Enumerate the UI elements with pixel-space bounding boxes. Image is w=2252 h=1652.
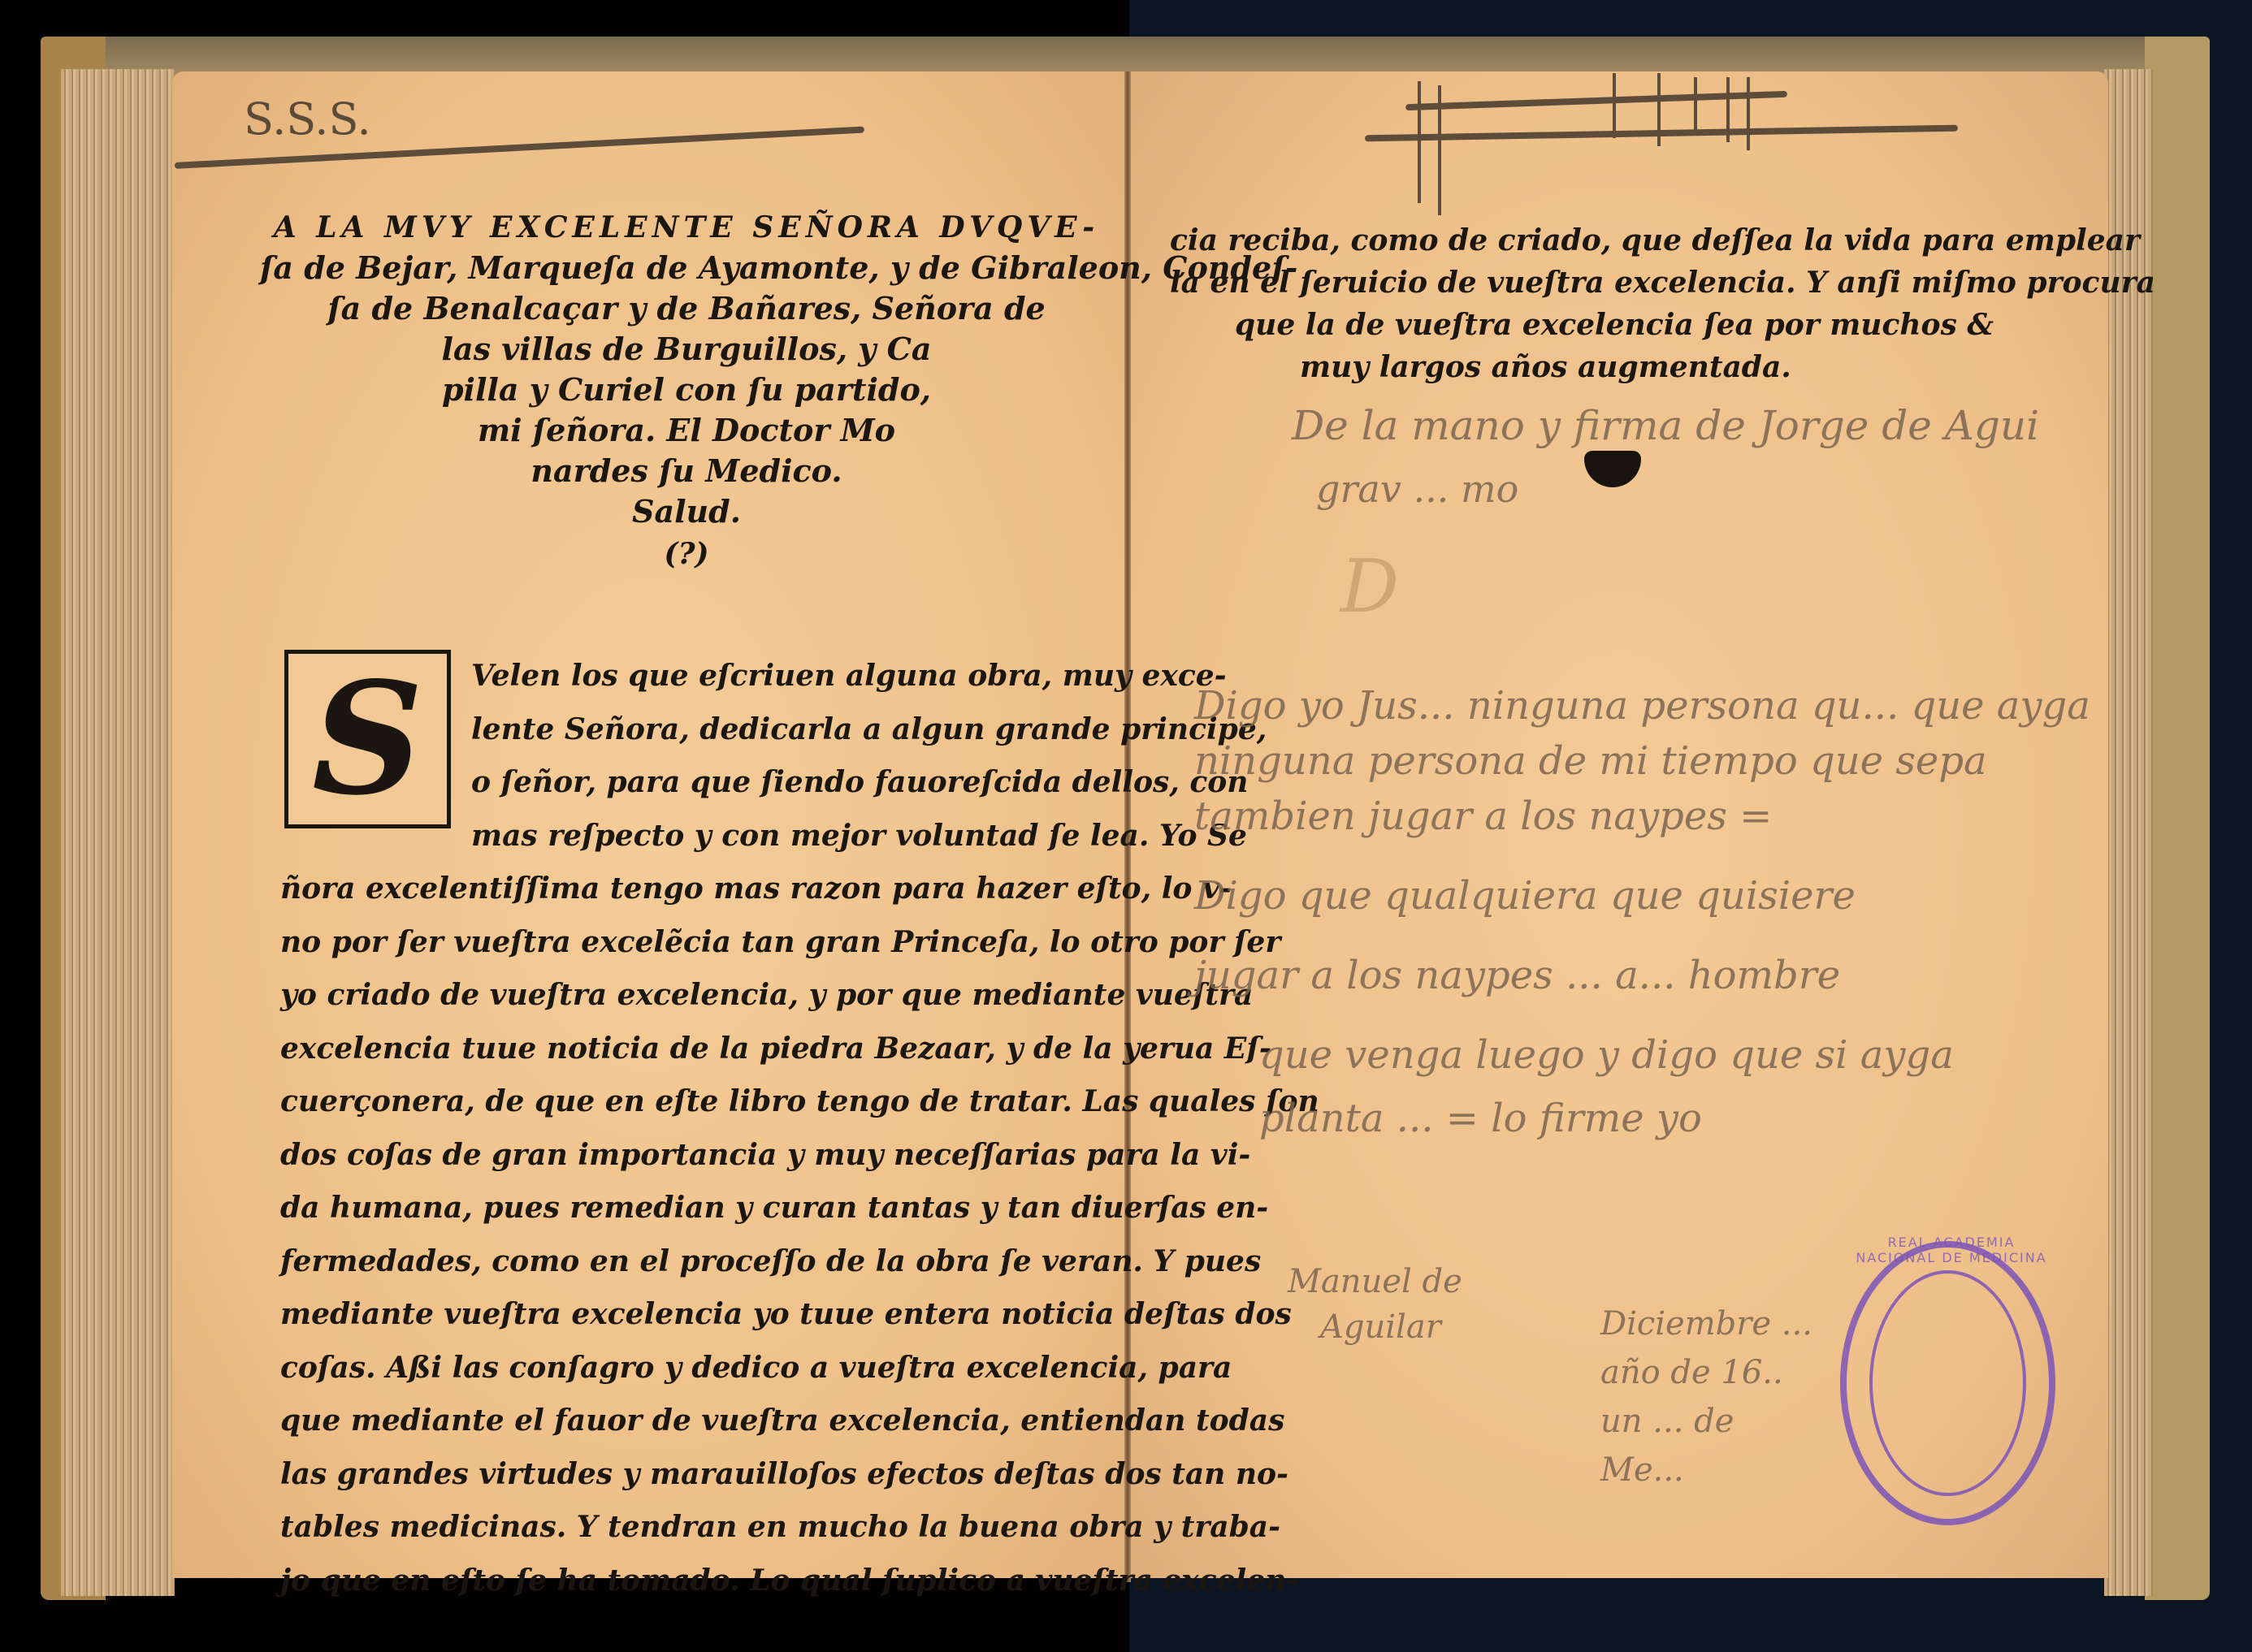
tally-mark <box>1694 77 1697 130</box>
body-line: la en el ſeruicio de vueſtra excelencia.… <box>1170 262 2064 304</box>
body-line: dos coſas de gran importancia y muy nece… <box>280 1129 1121 1183</box>
body-line: jo que en eſto ſe ha tomado. Lo qual ſup… <box>280 1555 1121 1608</box>
body-line: lente Señora, dedicarla a algun grande p… <box>280 703 1121 757</box>
stamp-inner-ring <box>1869 1270 2026 1496</box>
body-line: Velen los que eſcriuen alguna obra, muy … <box>280 650 1121 703</box>
body-line: fermedades, como en el proceſſo de la ob… <box>280 1235 1121 1289</box>
handwritten-signature-line: grav ... mo <box>1316 467 1518 511</box>
body-line: muy largos años augmentada. <box>1170 346 2064 388</box>
body-line: yo criado de vueſtra excelencia, y por q… <box>280 969 1121 1023</box>
heading-line: ſa de Bejar, Marqueſa de Ayamonte, y de … <box>260 248 1113 288</box>
body-line: que la de vueſtra excelencia ſea por muc… <box>1170 304 2064 346</box>
body-line: o ſeñor, para que ſiendo fauoreſcida del… <box>280 756 1121 810</box>
handwritten-line: planta ... = lo firme yo <box>1194 1079 2104 1158</box>
heading-line: nardes ſu Medico. <box>260 451 1113 491</box>
body-line: mediante vueſtra excelencia yo tuue ente… <box>280 1288 1121 1342</box>
tally-mark <box>1747 77 1750 150</box>
heading-line: ſa de Benalcaçar y de Bañares, Señora de <box>260 288 1113 329</box>
library-stamp <box>1840 1241 2055 1525</box>
tally-mark <box>1726 77 1730 142</box>
handwritten-line: jugar a los naypes ... a... hombre <box>1194 936 2104 1015</box>
heading-line: A LA MVY EXCELENTE SEÑORA DVQVE- <box>260 207 1113 248</box>
handwritten-line: Diciembre ... <box>1600 1300 1812 1348</box>
body-line: cuerçonera, de que en eſte libro tengo d… <box>280 1075 1121 1129</box>
heading-line: pilla y Curiel con ſu partido, <box>260 370 1113 410</box>
handwritten-line: Me... <box>1600 1446 1812 1494</box>
dedication-heading: A LA MVY EXCELENTE SEÑORA DVQVE- ſa de B… <box>260 207 1113 571</box>
body-line: cia reciba, como de criado, que deſſea l… <box>1170 219 2064 262</box>
tally-mark <box>1657 73 1661 146</box>
handwritten-inscription: Digo yo Jus... ninguna persona qu... que… <box>1194 666 2104 1158</box>
tally-mark <box>1418 81 1421 203</box>
handwritten-name-block: Manuel de Aguilar <box>1288 1259 1462 1350</box>
body-line: excelencia tuue noticia de la piedra Bez… <box>280 1023 1121 1076</box>
body-line: las grandes virtudes y marauilloſos efec… <box>280 1448 1121 1502</box>
handwritten-line: año de 16.. <box>1600 1348 1812 1397</box>
page-mark: (?) <box>260 537 1113 571</box>
heading-line: mi ſeñora. El Doctor Mo <box>260 410 1113 451</box>
heading-line: Salud. <box>260 491 1113 532</box>
handwritten-line: un ... de <box>1600 1397 1812 1446</box>
body-line: coſas. Aßi las conſagro y dedico a vueſt… <box>280 1342 1121 1395</box>
page-edges-left <box>61 69 175 1596</box>
stamp-text: REAL ACADEMIA NACIONAL DE MEDICINA <box>1846 1235 2057 1265</box>
dedication-continuation: cia reciba, como de criado, que deſſea l… <box>1170 219 2064 388</box>
body-line: mas reſpecto y con mejor voluntad ſe lea… <box>280 810 1121 863</box>
top-margin-annotation-left: S.S.S. <box>244 93 371 145</box>
body-line: da humana, pues remedian y curan tantas … <box>280 1182 1121 1235</box>
handwritten-line: Digo que qualquiera que quisiere <box>1194 856 2104 936</box>
body-line: tables medicinas. Y tendran en mucho la … <box>280 1501 1121 1555</box>
tally-mark <box>1613 73 1616 138</box>
body-line: ñora excelentiſſima tengo mas razon para… <box>280 863 1121 916</box>
body-line: no por ſer vueſtra excelẽcia tan gran Pr… <box>280 916 1121 970</box>
handwritten-date-block: Diciembre ... año de 16.. un ... de Me..… <box>1600 1300 1812 1494</box>
dedication-body: Velen los que eſcriuen alguna obra, muy … <box>280 650 1121 1607</box>
tally-mark <box>1438 85 1441 215</box>
handwritten-line: Manuel de <box>1288 1259 1462 1304</box>
body-line: que mediante el fauor de vueſtra excelen… <box>280 1395 1121 1448</box>
handwritten-signature-line: De la mano y firma de Jorge de Agui <box>1292 402 2039 449</box>
heading-line: las villas de Burguillos, y Ca <box>260 329 1113 370</box>
handwritten-large-initial: D <box>1340 544 1399 629</box>
handwritten-line: Aguilar <box>1288 1304 1462 1350</box>
